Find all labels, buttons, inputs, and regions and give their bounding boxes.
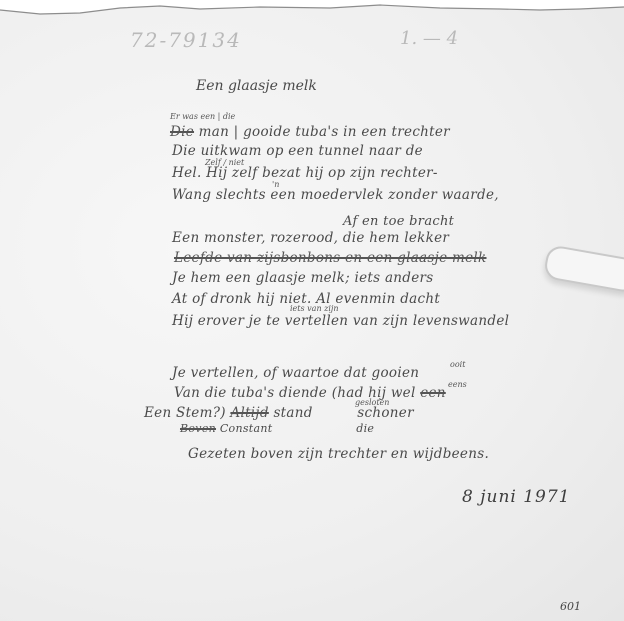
line-text: die [356,422,374,435]
date: 8 juni 1971 [462,487,571,507]
insert-line5: Af en toe bracht [343,214,454,229]
poem-line: Boven Constant die [180,422,374,435]
poem-line: Die uitkwam op een tunnel naar de [172,143,423,159]
insert-s2-line2: eens [448,380,467,389]
poem-line: Een monster, rozerood, die hem lekker [172,230,449,246]
insert-s2-line1: ooit [450,360,465,369]
struck-word: een [420,385,446,401]
poem-line: Je vertellen, of waartoe dat gooien [172,365,419,381]
insert-line9: iets van zijn [290,304,339,313]
struck-word: Boven [180,422,216,435]
line-text: stand [273,405,312,421]
poem-line: Je hem een glaasje melk; iets anders [172,270,434,286]
struck-word: Die [170,124,194,140]
insert-word: Constant [220,422,273,435]
poem-line: Die man | gooide tuba's in een trechter [170,124,450,140]
poem-title: Een glaasje melk [196,78,317,94]
poem-line: Wang slechts een moedervlek zonder waard… [172,187,499,203]
poem-line: Van die tuba's diende (had hij wel een [174,385,446,401]
line-text: Een Stem?) [144,405,226,421]
line-text: man | gooide tuba's in een trechter [199,124,450,140]
torn-edge [0,0,624,20]
poem-line: Hij erover je te vertellen van zijn leve… [172,313,509,329]
manuscript-page: 72-79134 1. — 4 Een glaasje melk Er was … [0,0,624,621]
paper-clip-impression [543,244,624,294]
poem-line: Een Stem?) Altijd stand schoner [144,405,414,421]
poem-line: Gezeten boven zijn trechter en wijdbeens… [188,446,489,462]
line-text: schoner [357,405,414,421]
struck-word: Altijd [230,405,268,421]
archive-mark-right: 1. — 4 [400,28,458,49]
archive-mark-left: 72-79134 [130,28,242,52]
insert-line1: Er was een | die [170,112,235,121]
poem-line: Hel. Hij zelf bezat hij op zijn rechter- [172,165,438,181]
struck-line: Leefde van zijsbonbons en een glaasje me… [174,250,487,266]
page-number: 601 [560,600,581,613]
